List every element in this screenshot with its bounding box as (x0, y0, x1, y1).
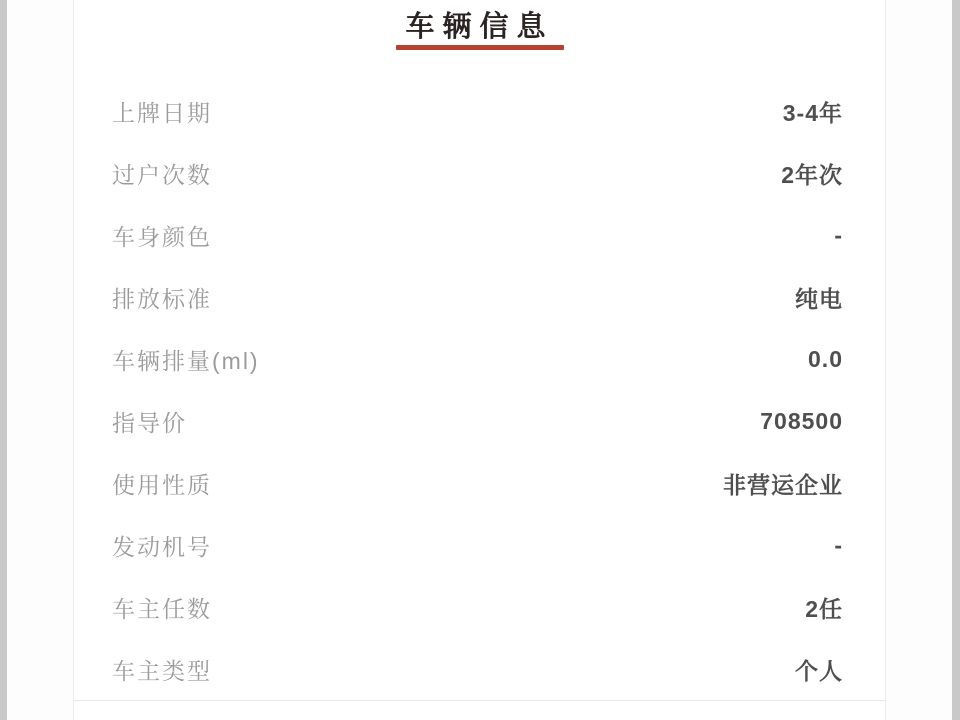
info-label: 排放标准 (112, 281, 212, 314)
info-row-transfer-count: 过户次数 2年次 (112, 142, 843, 204)
info-value: 2年次 (781, 157, 843, 190)
info-label: 使用性质 (112, 467, 212, 500)
info-label: 车主类型 (112, 653, 212, 686)
info-row-emission-standard: 排放标准 纯电 (112, 266, 843, 328)
bottom-divider (74, 700, 885, 701)
vehicle-info-page: 车辆信息 上牌日期 3-4年 过户次数 2年次 车身颜色 - 排放标准 纯电 车… (0, 0, 960, 720)
info-value: 708500 (760, 408, 843, 435)
info-list: 上牌日期 3-4年 过户次数 2年次 车身颜色 - 排放标准 纯电 车辆排量(m… (112, 80, 843, 700)
info-row-displacement: 车辆排量(ml) 0.0 (112, 328, 843, 390)
info-label: 上牌日期 (112, 95, 212, 128)
info-value: 纯电 (795, 281, 843, 314)
title-underline (396, 45, 564, 50)
info-label: 车主任数 (112, 591, 212, 624)
info-label: 车身颜色 (112, 219, 212, 252)
info-label: 车辆排量(ml) (112, 343, 260, 376)
info-row-body-color: 车身颜色 - (112, 204, 843, 266)
info-row-guide-price: 指导价 708500 (112, 390, 843, 452)
vehicle-info-card: 车辆信息 上牌日期 3-4年 过户次数 2年次 车身颜色 - 排放标准 纯电 车… (73, 0, 886, 720)
info-value: - (834, 532, 843, 559)
page-title: 车辆信息 (405, 10, 553, 44)
info-value: 非营运企业 (723, 467, 843, 500)
info-row-owner-type: 车主类型 个人 (112, 638, 843, 700)
info-value: 0.0 (808, 346, 843, 373)
info-value: - (834, 222, 843, 249)
info-value: 2任 (805, 591, 843, 624)
info-label: 过户次数 (112, 157, 212, 190)
info-row-engine-number: 发动机号 - (112, 514, 843, 576)
info-row-register-date: 上牌日期 3-4年 (112, 80, 843, 142)
info-value: 3-4年 (783, 95, 843, 128)
title-section: 车辆信息 (74, 0, 885, 70)
info-value: 个人 (795, 653, 843, 686)
right-edge-strip (952, 0, 960, 720)
info-row-usage-nature: 使用性质 非营运企业 (112, 452, 843, 514)
info-row-owner-count: 车主任数 2任 (112, 576, 843, 638)
info-label: 指导价 (112, 405, 187, 438)
left-edge-strip (0, 0, 7, 720)
info-label: 发动机号 (112, 529, 212, 562)
